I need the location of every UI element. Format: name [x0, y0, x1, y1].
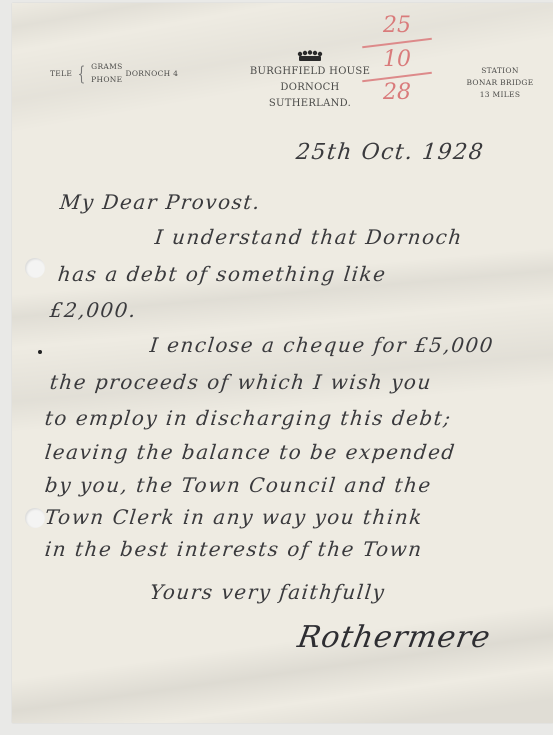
pin-mark — [38, 350, 42, 354]
punch-hole-top — [25, 258, 45, 278]
body-line: the proceeds of which I wish you — [49, 370, 433, 394]
station-name: BONAR BRIDGE — [455, 77, 545, 89]
body-line: £2,000. — [49, 298, 138, 322]
punch-hole-bottom — [25, 508, 45, 528]
body-line: Town Clerk in any way you think — [44, 505, 424, 529]
signature: Rothermere — [295, 620, 494, 655]
brace-icon: { — [78, 63, 86, 83]
body-line: in the best interests of the Town — [44, 537, 424, 561]
annotation-month: 10 — [362, 46, 432, 74]
body-line: by you, the Town Council and the — [44, 473, 433, 497]
body-line: to employ in discharging this debt; — [44, 406, 453, 430]
letter-date: 25th Oct. 1928 — [295, 140, 486, 165]
body-line: has a debt of something like — [57, 262, 388, 286]
telegram-phone-info: TELE { GRAMS PHONE DORNOCH 4 — [50, 60, 178, 86]
coronet-icon — [296, 48, 324, 62]
station-info: STATION BONAR BRIDGE 13 MILES — [455, 65, 545, 101]
tele-grams: GRAMS — [91, 60, 122, 73]
station-distance: 13 MILES — [455, 89, 545, 101]
station-label: STATION — [455, 65, 545, 77]
body-line: I enclose a cheque for £5,000 — [149, 333, 496, 357]
body-line: I understand that Dornoch — [154, 225, 464, 249]
body-line: leaving the balance to be expended — [44, 440, 457, 464]
tele-phone: PHONE — [91, 73, 122, 86]
tele-prefix: TELE — [50, 69, 72, 78]
salutation: My Dear Provost. — [59, 190, 262, 214]
tele-value: DORNOCH 4 — [126, 69, 179, 78]
annotation-day: 25 — [362, 12, 432, 40]
closing: Yours very faithfully — [149, 580, 387, 604]
annotation-year: 28 — [362, 79, 432, 107]
pencil-date-annotation: 25 10 28 — [362, 12, 432, 107]
